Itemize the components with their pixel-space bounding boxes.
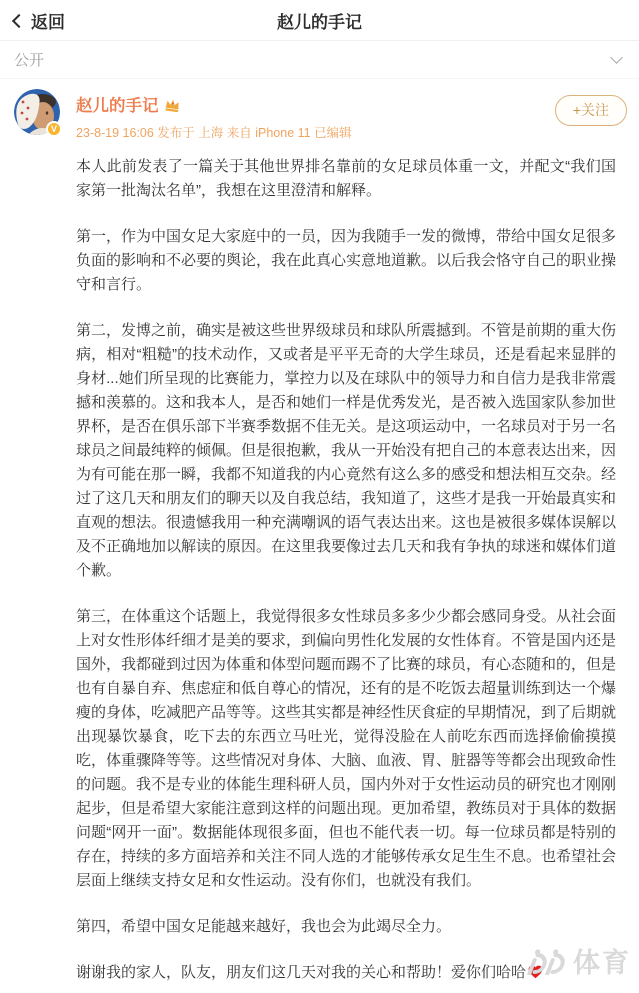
follow-button[interactable]: +关注: [555, 95, 627, 126]
chevron-down-icon: [610, 51, 623, 64]
post-paragraph: 谢谢我的家人，队友，朋友们这几天对我的关心和帮助！爱你们哈哈: [76, 961, 616, 985]
avatar[interactable]: V: [14, 89, 60, 135]
post: V 赵儿的手记 23-8-19 16:06 发布于 上海 来自 iPhone 1…: [0, 79, 639, 985]
author-name[interactable]: 赵儿的手记: [76, 92, 159, 116]
verified-v-badge-icon: V: [46, 121, 62, 137]
follow-label: +关注: [573, 102, 609, 118]
page-title: 赵儿的手记: [0, 8, 639, 33]
visibility-label: 公开: [14, 49, 44, 70]
post-paragraph: 第四，希望中国女足能越来越好，我也会为此竭尽全力。: [76, 915, 616, 939]
post-paragraph: 第一，作为中国女足大家庭中的一员，因为我随手一发的微博，带给中国女足很多负面的影…: [76, 225, 616, 297]
back-button[interactable]: 返回: [0, 8, 65, 33]
post-paragraph: 第三，在体重这个话题上，我觉得很多女性球员多多少少都会感同身受。从社会面上对女性…: [76, 605, 616, 893]
post-body: 本人此前发表了一篇关于其他世界排名靠前的女足球员体重一文，并配文“我们国家第一批…: [76, 155, 616, 985]
weibo-post-page: 返回 赵儿的手记 公开: [0, 0, 639, 993]
post-paragraph: 本人此前发表了一篇关于其他世界排名靠前的女足球员体重一文，并配文“我们国家第一批…: [76, 155, 616, 203]
visibility-selector[interactable]: 公开: [0, 41, 639, 79]
crown-icon: [164, 98, 181, 113]
author-info: 赵儿的手记 23-8-19 16:06 发布于 上海 来自 iPhone 11 …: [76, 89, 625, 141]
post-paragraph: 第二，发博之前，确实是被这些世界级球员和球队所震撼到。不管是前期的重大伤病，相对…: [76, 319, 616, 583]
author-row: V 赵儿的手记 23-8-19 16:06 发布于 上海 来自 iPhone 1…: [0, 89, 639, 141]
chevron-left-icon: [12, 13, 26, 27]
post-meta: 23-8-19 16:06 发布于 上海 来自 iPhone 11 已编辑: [76, 123, 625, 141]
navbar: 返回 赵儿的手记: [0, 0, 639, 41]
red-heart-icon: [528, 965, 543, 979]
back-label: 返回: [31, 8, 65, 33]
